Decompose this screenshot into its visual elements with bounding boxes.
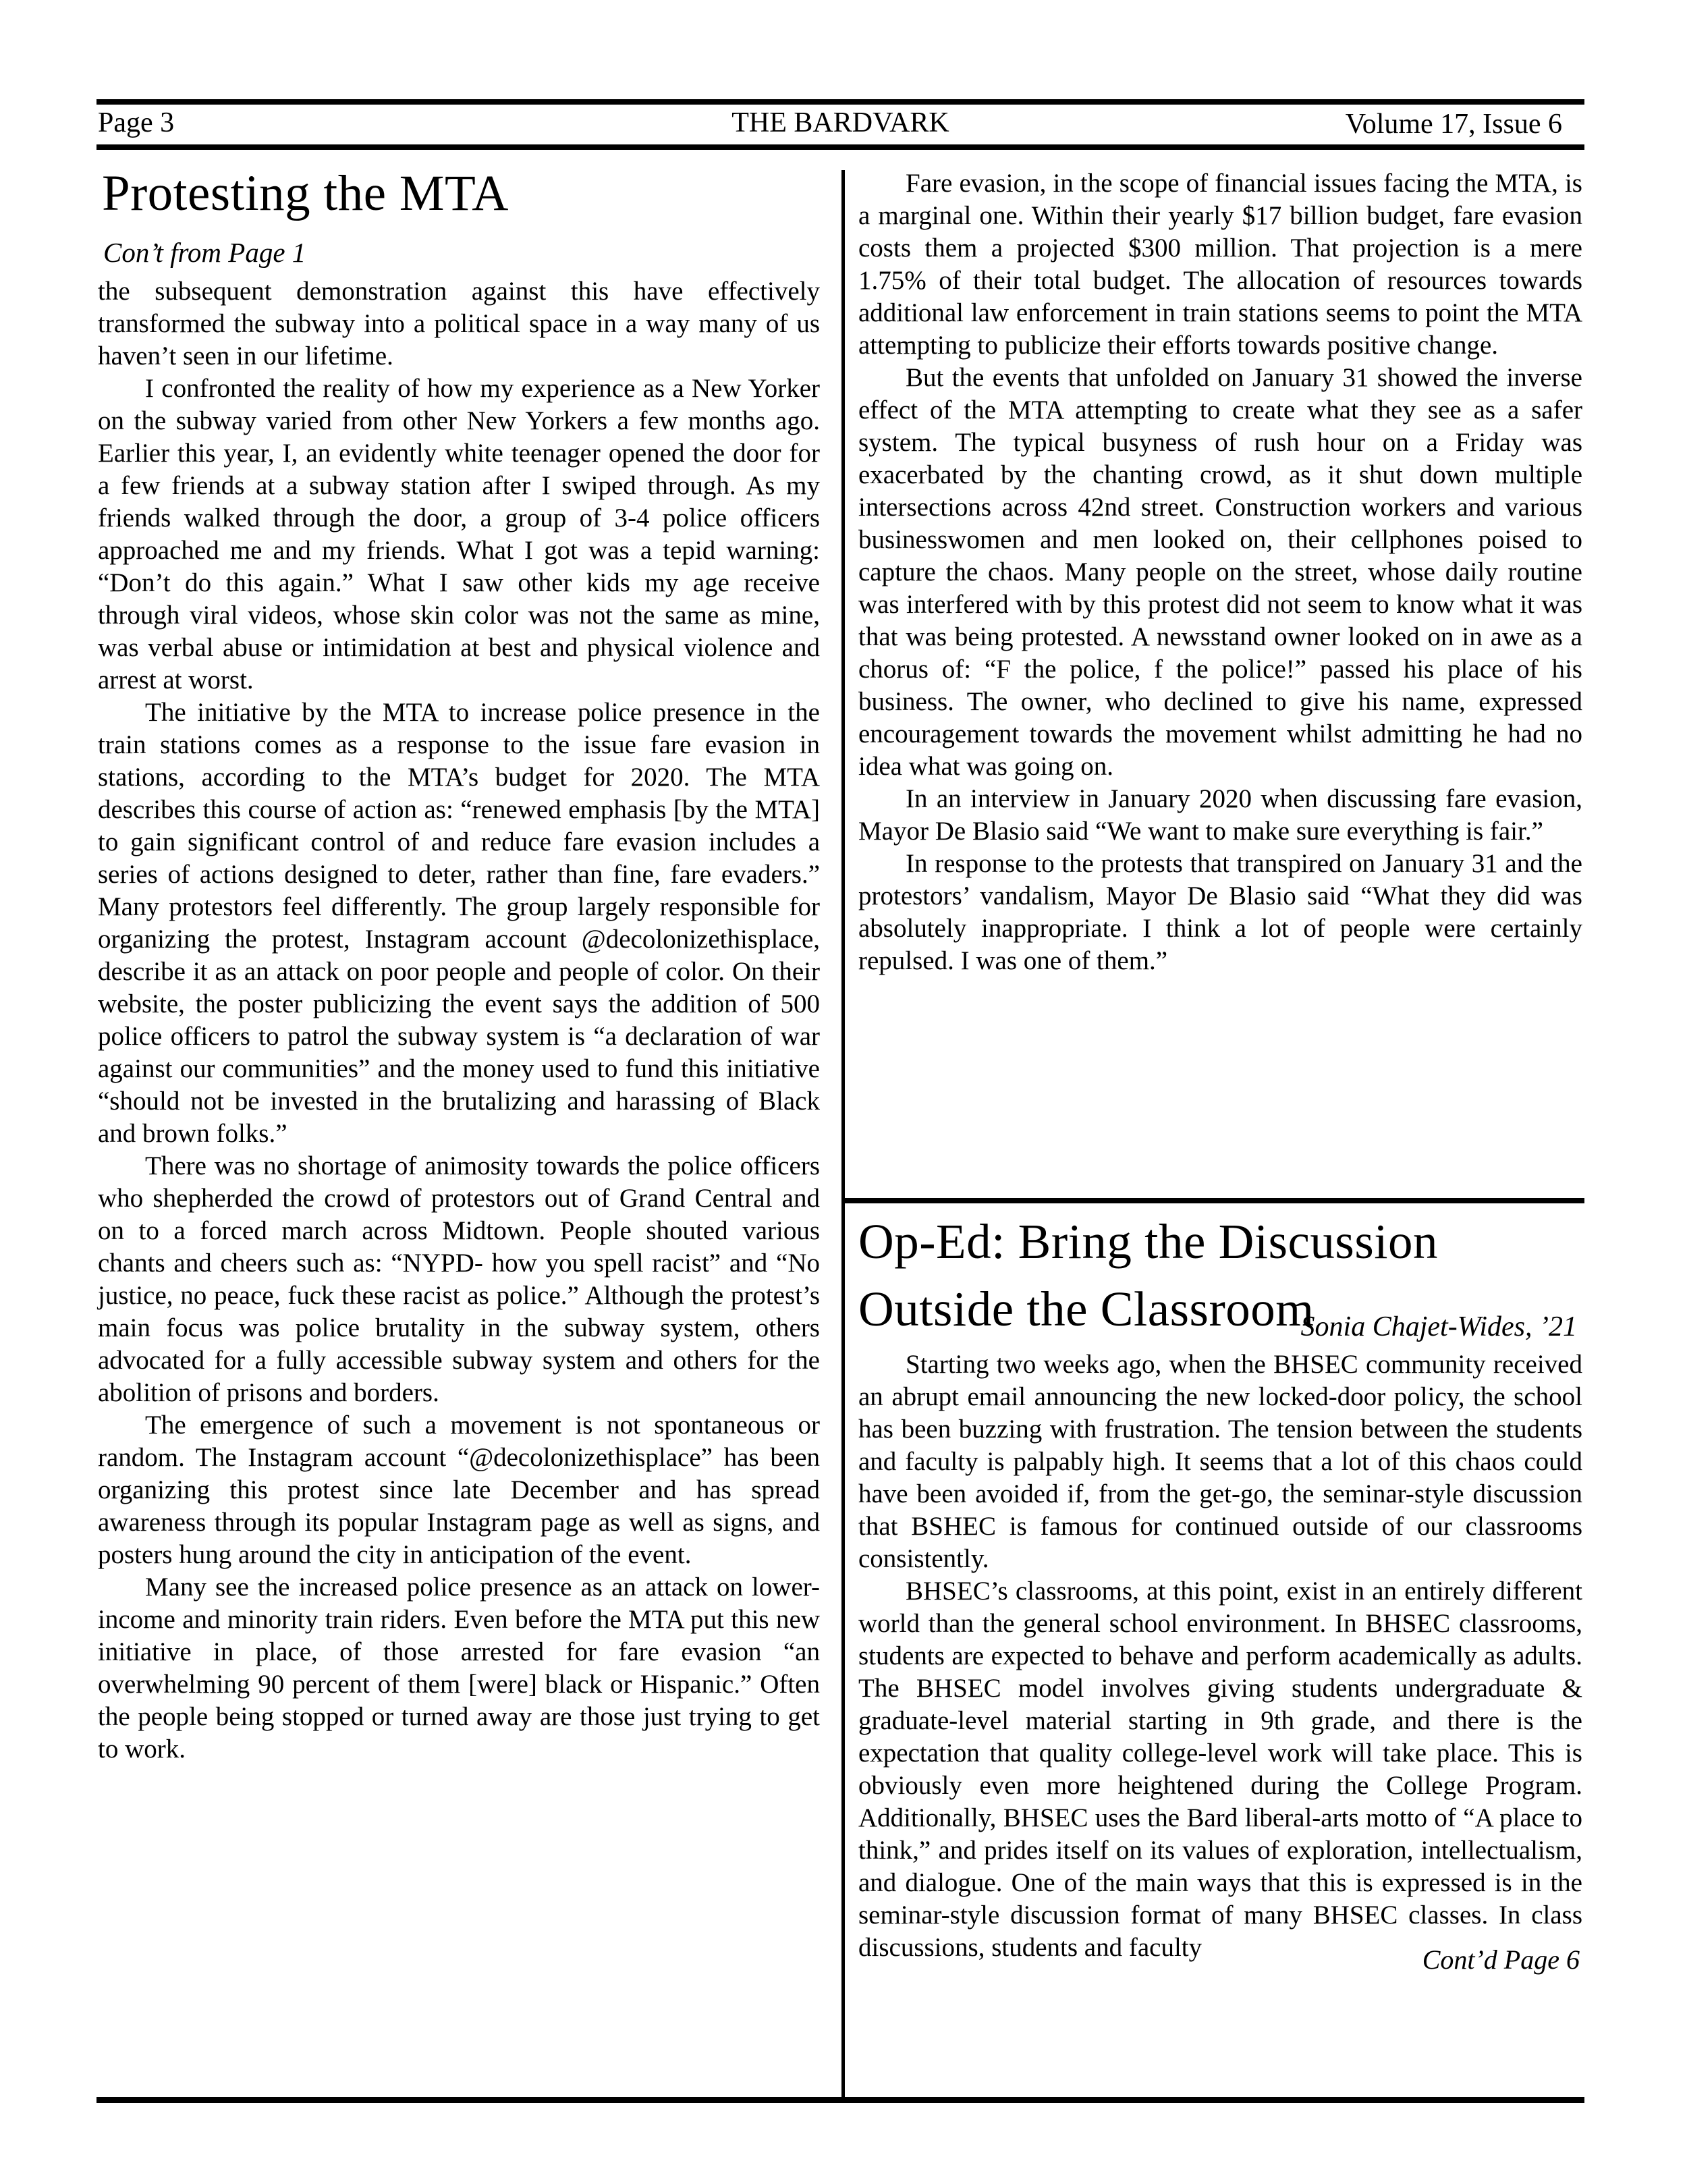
article-paragraph: Many see the increased police presence a… [98, 1571, 820, 1766]
oped-title-line1: Op-Ed: Bring the Discussion [858, 1214, 1438, 1269]
article-paragraph: The initiative by the MTA to increase po… [98, 697, 820, 1150]
continuation-note: Con’t from Page 1 [103, 236, 820, 269]
page-bottom-rule [96, 2097, 1584, 2103]
article-title: Protesting the MTA [102, 167, 820, 220]
article-paragraph: Fare evasion, in the scope of financial … [858, 167, 1582, 362]
header-rule-top [96, 99, 1584, 105]
oped-article: Op-Ed: Bring the Discussion Outside the … [858, 1208, 1582, 1976]
left-column-article: Protesting the MTA Con’t from Page 1 the… [98, 167, 820, 1766]
oped-byline: Sonia Chajet-Wides, ’21 [1301, 1311, 1577, 1343]
header-rule-bottom [96, 144, 1584, 150]
article-paragraph: But the events that unfolded on January … [858, 362, 1582, 783]
oped-section-rule [843, 1198, 1584, 1203]
right-column-article: Fare evasion, in the scope of financial … [858, 167, 1582, 977]
article-paragraph: BHSEC’s classrooms, at this point, exist… [858, 1575, 1582, 1964]
article-paragraph: There was no shortage of animosity towar… [98, 1150, 820, 1409]
oped-title-line2: Outside the Classroom [858, 1282, 1315, 1336]
article-paragraph: In response to the protests that transpi… [858, 848, 1582, 977]
column-divider-rule [841, 170, 845, 2099]
page-header: Page 3 THE BARDVARK Volume 17, Issue 6 [96, 107, 1584, 142]
article-paragraph: In an interview in January 2020 when dis… [858, 783, 1582, 848]
article-paragraph: The emergence of such a movement is not … [98, 1409, 820, 1571]
article-paragraph: the subsequent demonstration against thi… [98, 275, 820, 373]
article-paragraph: I confronted the reality of how my exper… [98, 373, 820, 697]
newspaper-page: { "colors": { "ink": "#000000", "paper":… [0, 0, 1687, 2184]
issue-label: Volume 17, Issue 6 [1346, 108, 1562, 140]
article-paragraph: Starting two weeks ago, when the BHSEC c… [858, 1348, 1582, 1575]
